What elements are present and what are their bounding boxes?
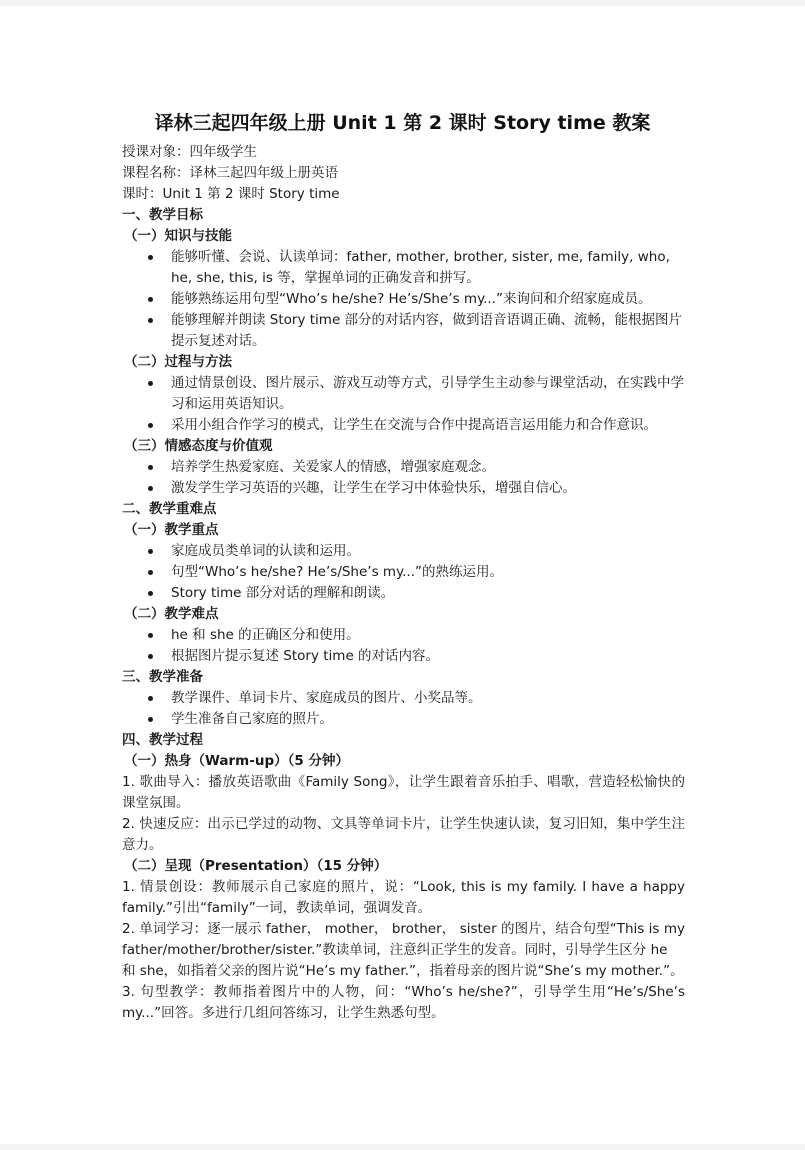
meta-course: 课程名称：译林三起四年级上册英语 <box>122 163 685 184</box>
section-heading-preparation: 三、教学准备 <box>122 667 685 688</box>
list-item: 激发学生学习英语的兴趣，让学生在学习中体验快乐，增强自信心。 <box>122 478 685 499</box>
subsection-heading-focus: （一）教学重点 <box>124 520 685 541</box>
section-heading-objectives: 一、教学目标 <box>122 205 685 226</box>
document-title: 译林三起四年级上册 Unit 1 第 2 课时 Story time 教案 <box>0 110 805 136</box>
subsection-heading-presentation: （二）呈现（Presentation）（15 分钟） <box>124 856 685 877</box>
presentation-step-1: 1. 情景创设：教师展示自己家庭的照片，说：“Look, this is my … <box>122 877 685 919</box>
bullet-icon <box>148 486 153 491</box>
bullet-icon <box>148 654 153 659</box>
knowledge-list: 能够听懂、会说、认读单词：father, mother, brother, si… <box>122 247 685 352</box>
bullet-icon <box>148 423 153 428</box>
bullet-icon <box>148 318 153 323</box>
list-item: 能够熟练运用句型“Who’s he/she? He’s/She’s my...”… <box>122 289 685 310</box>
list-item: he 和 she 的正确区分和使用。 <box>122 625 685 646</box>
list-item: 句型“Who’s he/she? He’s/She’s my...”的熟练运用。 <box>122 562 685 583</box>
bullet-icon <box>148 696 153 701</box>
values-list: 培养学生热爱家庭、关爱家人的情感，增强家庭观念。 激发学生学习英语的兴趣，让学生… <box>122 457 685 499</box>
presentation-step-2-cont: 和 she，如指着父亲的图片说“He’s my father.”，指着母亲的图片… <box>122 961 685 982</box>
bullet-icon <box>148 570 153 575</box>
subsection-heading-difficulties: （二）教学难点 <box>124 604 685 625</box>
subsection-heading-warmup: （一）热身（Warm-up）（5 分钟） <box>124 751 685 772</box>
document-page: 译林三起四年级上册 Unit 1 第 2 课时 Story time 教案 授课… <box>0 6 805 1144</box>
list-item: 能够听懂、会说、认读单词：father, mother, brother, si… <box>122 247 685 289</box>
list-item: 能够理解并朗读 Story time 部分的对话内容，做到语音语调正确、流畅，能… <box>122 310 685 352</box>
warmup-step-1: 1. 歌曲导入：播放英语歌曲《Family Song》，让学生跟着音乐拍手、唱歌… <box>122 772 685 814</box>
warmup-step-2: 2. 快速反应：出示已学过的动物、文具等单词卡片，让学生快速认读，复习旧知，集中… <box>122 814 685 856</box>
presentation-step-3: 3. 句型教学：教师指着图片中的人物，问：“Who’s he/she?”，引导学… <box>122 982 685 1024</box>
list-item: 教学课件、单词卡片、家庭成员的图片、小奖品等。 <box>122 688 685 709</box>
subsection-heading-knowledge: （一）知识与技能 <box>124 226 685 247</box>
subsection-heading-values: （三）情感态度与价值观 <box>124 436 685 457</box>
section-heading-procedure: 四、教学过程 <box>122 730 685 751</box>
list-item: 培养学生热爱家庭、关爱家人的情感，增强家庭观念。 <box>122 457 685 478</box>
bullet-icon <box>148 717 153 722</box>
bullet-icon <box>148 633 153 638</box>
list-item: Story time 部分对话的理解和朗读。 <box>122 583 685 604</box>
bullet-icon <box>148 255 153 260</box>
preparation-list: 教学课件、单词卡片、家庭成员的图片、小奖品等。 学生准备自己家庭的照片。 <box>122 688 685 730</box>
focus-list: 家庭成员类单词的认读和运用。 句型“Who’s he/she? He’s/She… <box>122 541 685 604</box>
subsection-heading-process: （二）过程与方法 <box>124 352 685 373</box>
bullet-icon <box>148 549 153 554</box>
list-item: 通过情景创设、图片展示、游戏互动等方式，引导学生主动参与课堂活动，在实践中学习和… <box>122 373 685 415</box>
bullet-icon <box>148 297 153 302</box>
bullet-icon <box>148 465 153 470</box>
process-list: 通过情景创设、图片展示、游戏互动等方式，引导学生主动参与课堂活动，在实践中学习和… <box>122 373 685 436</box>
presentation-step-2: 2. 单词学习：逐一展示 father， mother， brother， si… <box>122 919 685 961</box>
list-item: 家庭成员类单词的认读和运用。 <box>122 541 685 562</box>
list-item: 学生准备自己家庭的照片。 <box>122 709 685 730</box>
document-body: 授课对象：四年级学生 课程名称：译林三起四年级上册英语 课时：Unit 1 第 … <box>122 142 685 1024</box>
list-item: 根据图片提示复述 Story time 的对话内容。 <box>122 646 685 667</box>
meta-lesson: 课时：Unit 1 第 2 课时 Story time <box>122 184 685 205</box>
difficulties-list: he 和 she 的正确区分和使用。 根据图片提示复述 Story time 的… <box>122 625 685 667</box>
list-item: 采用小组合作学习的模式，让学生在交流与合作中提高语言运用能力和合作意识。 <box>122 415 685 436</box>
section-heading-key-points: 二、教学重难点 <box>122 499 685 520</box>
meta-audience: 授课对象：四年级学生 <box>122 142 685 163</box>
bullet-icon <box>148 381 153 386</box>
bullet-icon <box>148 591 153 596</box>
